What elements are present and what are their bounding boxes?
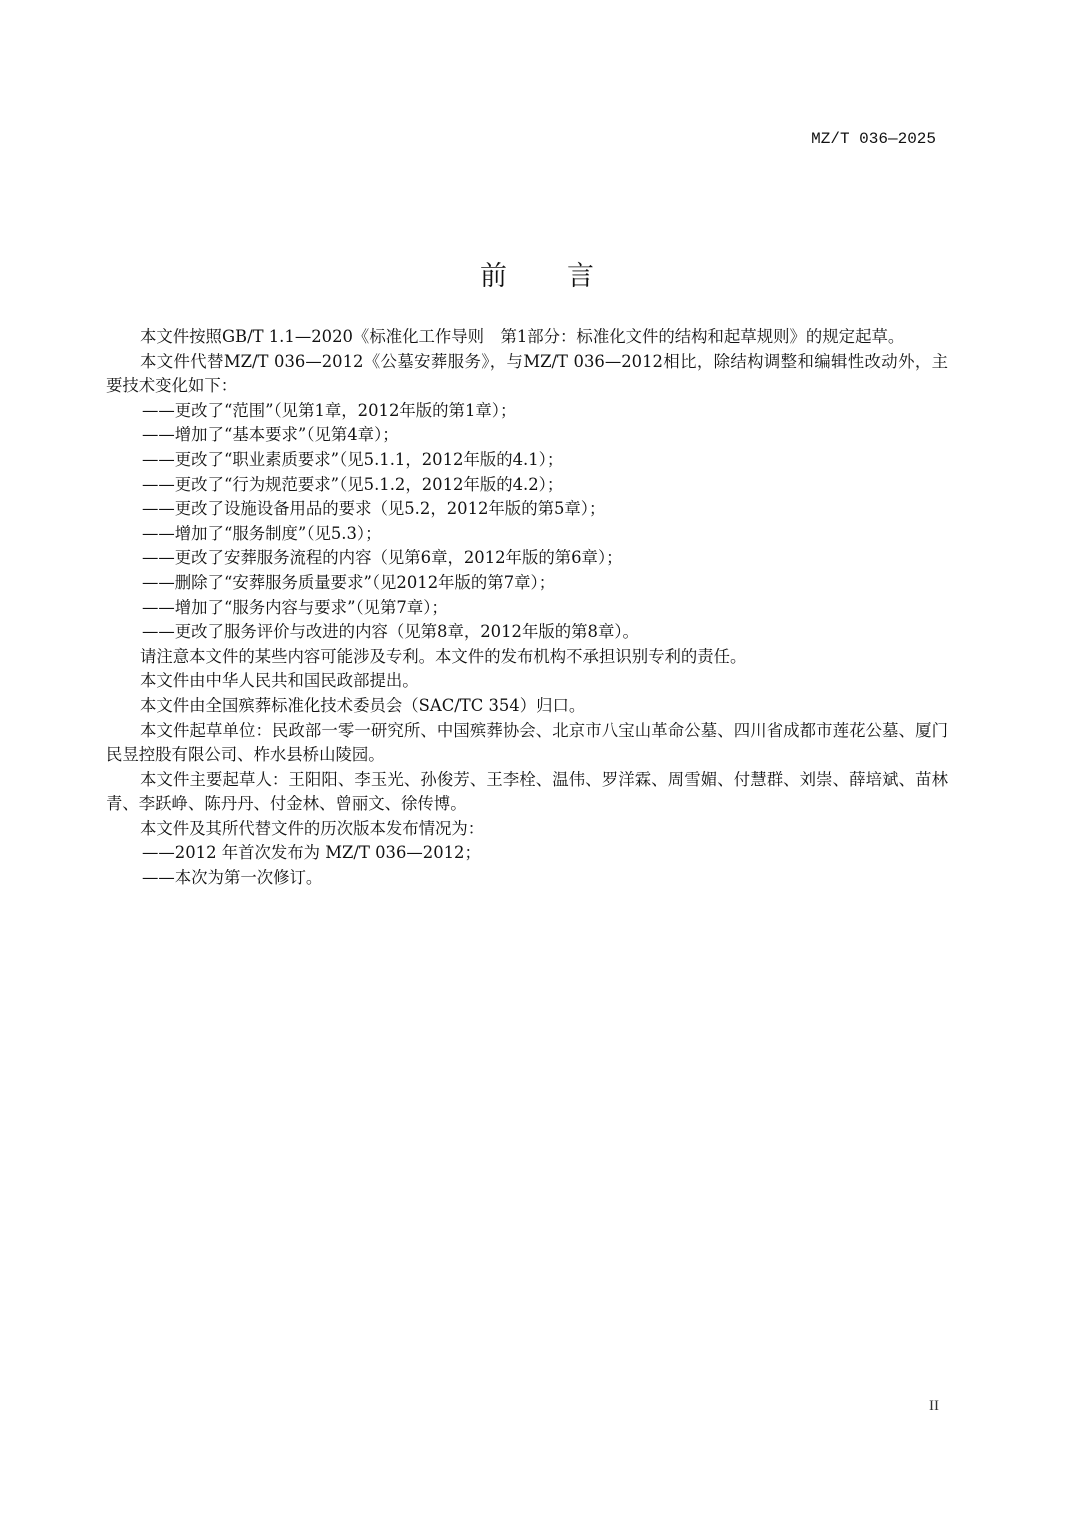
change-item: ——更改了“职业素质要求”（见5.1.1，2012年版的4.1）； — [106, 448, 948, 473]
title-char-1: 前 — [480, 261, 507, 292]
title-char-2: 言 — [567, 261, 594, 292]
history-item: ——本次为第一次修订。 — [106, 866, 948, 891]
paragraph-history-intro: 本文件及其所代替文件的历次版本发布情况为： — [106, 817, 948, 842]
change-item: ——增加了“基本要求”（见第4章）； — [106, 423, 948, 448]
change-item: ——删除了“安葬服务质量要求”（见2012年版的第7章）； — [106, 571, 948, 596]
change-item: ——增加了“服务制度”（见5.3）； — [106, 522, 948, 547]
change-item: ——更改了安葬服务流程的内容（见第6章，2012年版的第6章）； — [106, 546, 948, 571]
paragraph-drafters: 本文件主要起草人：王阳阳、李玉光、孙俊芳、王李栓、温伟、罗洋霖、周雪媚、付慧群、… — [106, 768, 948, 817]
change-item: ——更改了“行为规范要求”（见5.1.2，2012年版的4.2）； — [106, 473, 948, 498]
change-item: ——增加了“服务内容与要求”（见第7章）； — [106, 596, 948, 621]
page-number: II — [929, 1398, 939, 1415]
paragraph-patent-notice: 请注意本文件的某些内容可能涉及专利。本文件的发布机构不承担识别专利的责任。 — [106, 645, 948, 670]
paragraph-committee: 本文件由全国殡葬标准化技术委员会（SAC/TC 354）归口。 — [106, 694, 948, 719]
paragraph-replacement: 本文件代替MZ/T 036—2012《公墓安葬服务》，与MZ/T 036—201… — [106, 350, 948, 399]
foreword-body: 本文件按照GB/T 1.1—2020《标准化工作导则 第1部分：标准化文件的结构… — [106, 325, 948, 891]
page-title: 前言 — [0, 254, 1074, 293]
change-item: ——更改了服务评价与改进的内容（见第8章，2012年版的第8章）。 — [106, 620, 948, 645]
history-item: ——2012 年首次发布为 MZ/T 036—2012； — [106, 841, 948, 866]
change-item: ——更改了设施设备用品的要求（见5.2，2012年版的第5章）； — [106, 497, 948, 522]
document-code: MZ/T 036—2025 — [811, 130, 936, 148]
change-item: ——更改了“范围”（见第1章，2012年版的第1章）； — [106, 399, 948, 424]
paragraph-drafting-rules: 本文件按照GB/T 1.1—2020《标准化工作导则 第1部分：标准化文件的结构… — [106, 325, 948, 350]
paragraph-drafting-units: 本文件起草单位：民政部一零一研究所、中国殡葬协会、北京市八宝山革命公墓、四川省成… — [106, 719, 948, 768]
paragraph-proposer: 本文件由中华人民共和国民政部提出。 — [106, 669, 948, 694]
